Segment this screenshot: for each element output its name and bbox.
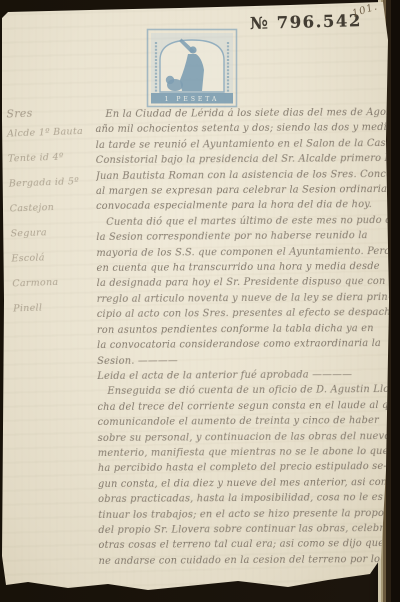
margin-note-line: Tente id 4º — [8, 151, 95, 179]
body-line: obras practicadas, hasta la imposibilida… — [98, 490, 390, 507]
margin-note-line: Castejon — [10, 201, 97, 229]
lion-mane — [166, 76, 174, 84]
margin-note-line: Escolá — [11, 250, 98, 278]
body-line: otras cosas el terreno tal cual era; asi… — [98, 536, 390, 553]
body-line: Consistorial bajo la presidencia del Sr.… — [96, 151, 388, 168]
body-line: convocada especialmente para la hora del… — [96, 197, 388, 214]
printed-serial-number: № 796.542 — [250, 10, 400, 33]
body-line: cipio al acto con los Sres. presentes al… — [97, 305, 389, 322]
body-line: comunicandole el aumento de treinta y ci… — [98, 413, 390, 430]
body-line: año mil ochocientos setenta y dos; siend… — [95, 120, 387, 137]
body-line: ha percibido hasta el completo del preci… — [98, 459, 390, 476]
margin-attendee-list: Alcde 1º BautaTente id 4ºBergada id 5ºCa… — [7, 126, 100, 329]
body-line: Enseguida se dió cuenta de un oficio de … — [97, 382, 389, 399]
margin-notes: Sres Alcde 1º BautaTente id 4ºBergada id… — [6, 105, 100, 329]
margin-note-line: Alcde 1º Bauta — [7, 126, 94, 154]
manuscript-page: № 796.542 101. 1 PESETA — [0, 0, 400, 602]
body-line: la Sesion correspondiente por no haberse… — [96, 228, 388, 245]
body-line: ne andarse con cuidado en la cesion del … — [99, 552, 391, 569]
margin-note-line: Segura — [10, 225, 97, 253]
margin-header: Sres — [6, 105, 92, 121]
body-line: la convocatoria considerandose como extr… — [97, 336, 389, 353]
revenue-stamp-icon: 1 PESETA — [146, 28, 238, 108]
body-text: En la Ciudad de Lérida á los siete dias … — [95, 105, 390, 569]
margin-note-line: Pinell — [13, 300, 100, 328]
photo-background: № 796.542 101. 1 PESETA — [0, 0, 400, 602]
denomination-text: 1 PESETA — [165, 96, 220, 103]
margin-note-line: Bergada id 5º — [9, 176, 96, 204]
margin-note-line: Carmona — [12, 275, 99, 303]
revenue-stamp-svg: 1 PESETA — [146, 28, 238, 108]
